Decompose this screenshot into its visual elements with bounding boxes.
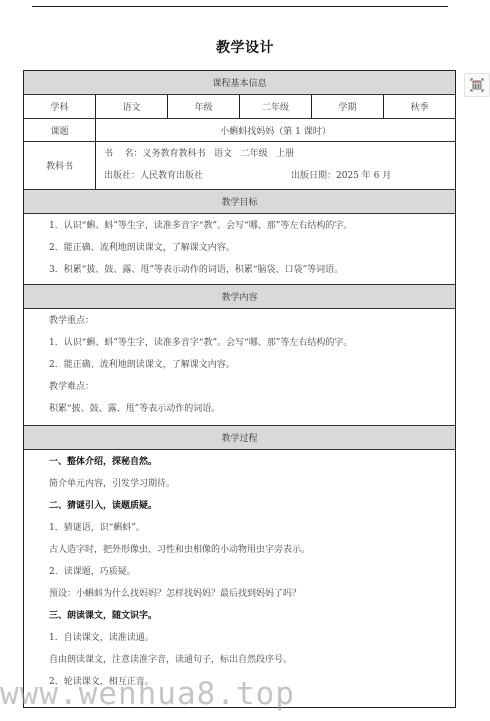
section-title: 教学内容 (221, 290, 257, 303)
textbook-publisher-line: 出版社：人民教育出版社 出版日期：2025 年 6 月 (104, 169, 455, 191)
difficulty-label: 教学难点： (49, 380, 455, 402)
key-point-item: 1．认识“蝌、蚪”等生字，读准多音字“教”。会写“哪、那”等左右结构的字。 (49, 336, 455, 358)
objective-item: 1．认识“蝌、蚪”等生字，读准多音字“教”。会写“哪、那”等左右结构的字。 (49, 219, 455, 241)
section-title: 教学过程 (221, 431, 257, 444)
textbook-row: 教科书 书 名：义务教育教科书 语文 二年级 上册 出版社：人民教育出版社 出版… (24, 142, 455, 190)
process-line: 2．读课题，巧质疑。 (49, 565, 455, 587)
process-line: 古人造字时，把外形像虫、习性和虫相像的小动物用虫字旁表示。 (49, 543, 455, 565)
objectives-list: 1．认识“蝌、蚪”等生字，读准多音字“教”。会写“哪、那”等左右结构的字。 2．… (24, 219, 455, 285)
section-title: 课程基本信息 (212, 76, 266, 89)
grade-value: 二年级 (240, 95, 312, 118)
table-grid-icon (470, 78, 484, 92)
process-line: 1．猜谜语，识“蝌蚪”。 (49, 521, 455, 543)
process-line: 简介单元内容，引发学习期待。 (49, 477, 455, 499)
top-divider (32, 6, 448, 7)
publisher: 出版社：人民教育出版社 (104, 169, 291, 191)
textbook-name: 书 名：义务教育教科书 语文 二年级 上册 (104, 147, 455, 169)
objective-item: 3．积累“披、鼓、露、甩”等表示动作的词语，积累“脑袋、口袋”等词语。 (49, 263, 455, 285)
subject-label: 学科 (24, 95, 96, 118)
semester-label: 学期 (312, 95, 384, 118)
semester-value: 秋季 (384, 95, 455, 118)
document-title: 教学设计 (0, 37, 490, 57)
section-header-basic-info: 课程基本信息 (24, 71, 455, 95)
textbook-details: 书 名：义务教育教科书 语文 二年级 上册 出版社：人民教育出版社 出版日期：2… (96, 142, 455, 189)
key-points-label: 教学重点： (49, 314, 455, 336)
section-header-content: 教学内容 (24, 285, 455, 309)
process-line: 自由朗读课文，注意读准字音，读通句子，标出自然段序号。 (49, 653, 455, 675)
lesson-plan-table: 课程基本信息 学科 语文 年级 二年级 学期 秋季 课题 小蝌蚪找妈妈（第 1 … (23, 70, 456, 708)
subject-value: 语文 (96, 95, 168, 118)
key-point-item: 2．能正确、流利地朗读课文，了解课文内容。 (49, 358, 455, 380)
textbook-label: 教科书 (24, 142, 96, 189)
objective-item: 2．能正确、流利地朗读课文，了解课文内容。 (49, 241, 455, 263)
document-page: 教学设计 课程基本信息 学科 语文 年级 二年级 学期 秋季 (0, 0, 490, 721)
topic-row: 课题 小蝌蚪找妈妈（第 1 课时） (24, 119, 455, 142)
process-step-heading: 一、整体介绍，探秘自然。 (49, 455, 455, 477)
process-line: 2．轮读课文，相互正音。 (49, 675, 455, 697)
grade-label: 年级 (168, 95, 240, 118)
process-line: 预设：小蝌蚪为什么找妈妈？怎样找妈妈？最后找到妈妈了吗？ (49, 587, 455, 609)
section-header-objectives: 教学目标 (24, 190, 455, 214)
table-view-button[interactable] (464, 73, 490, 97)
topic-label: 课题 (24, 119, 96, 141)
process-list: 一、整体介绍，探秘自然。 简介单元内容，引发学习期待。 二、猜谜引入，读题质疑。… (24, 455, 455, 697)
section-header-process: 教学过程 (24, 426, 455, 450)
topic-value: 小蝌蚪找妈妈（第 1 课时） (96, 119, 455, 141)
content-list: 教学重点： 1．认识“蝌、蚪”等生字，读准多音字“教”。会写“哪、那”等左右结构… (24, 314, 455, 424)
basic-info-row: 学科 语文 年级 二年级 学期 秋季 (24, 95, 455, 119)
process-line: 1．自读课文，读准读通。 (49, 631, 455, 653)
publish-date: 出版日期：2025 年 6 月 (291, 169, 391, 191)
section-title: 教学目标 (221, 195, 257, 208)
process-step-heading: 三、朗读课文，随文识字。 (49, 609, 455, 631)
difficulty-item: 积累“披、鼓、露、甩”等表示动作的词语。 (49, 402, 455, 424)
process-step-heading: 二、猜谜引入，读题质疑。 (49, 499, 455, 521)
